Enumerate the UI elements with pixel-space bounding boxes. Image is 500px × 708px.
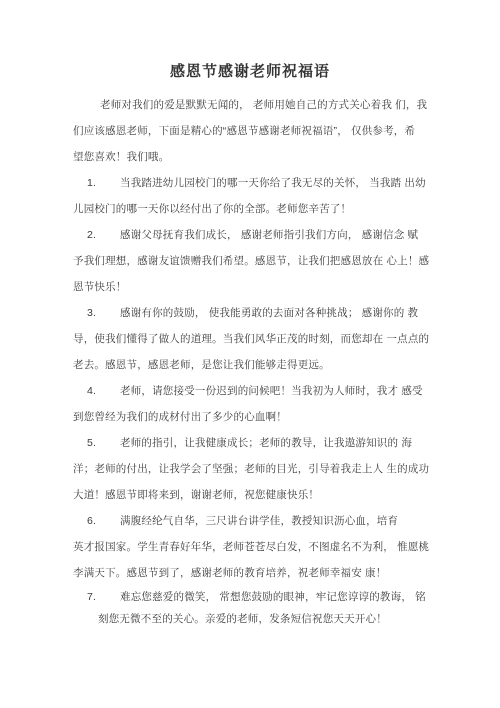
document-page: 感恩节感谢老师祝福语 老师对我们的爱是默默无闻的， 老师用她自己的方式关心着我 … (0, 0, 500, 708)
paragraph: 老师对我们的爱是默默无闻的， 老师用她自己的方式关心着我 们，我们应该感恩老师，… (73, 92, 490, 170)
item-text: 感谢父母抚育我们成长， 感谢老师指引我们方向， 感谢信念 赋 (120, 229, 418, 241)
text-line: 老去。感恩节，感恩老师，是您让我们能够走得更远。 (73, 352, 490, 378)
item-text: 老师的指引，让我健康成长；老师的教导，让我遨游知识的 海 (120, 437, 412, 449)
text-line: 李满天下。感恩节到了，感谢老师的教育培养，祝老师幸福安 康！ (73, 560, 490, 586)
text-line: 5.老师的指引，让我健康成长；老师的教导，让我遨游知识的 海 (73, 430, 490, 456)
text-line: 们应该感恩老师，下面是精心的“感恩节感谢老师祝福语”， 仅供参考，希 (73, 118, 490, 144)
paragraph: 3.感谢有你的鼓励， 使我能勇敢的去面对各种挑战； 感谢你的 教导，使我们懂得了… (73, 300, 490, 378)
item-text: 感谢有你的鼓励， 使我能勇敢的去面对各种挑战； 感谢你的 教 (120, 307, 418, 319)
text-line: 予我们理想，感谢友谊馈赠我们希望。感恩节，让我们把感恩放在 心上！感 (73, 248, 490, 274)
text-line: 大道！感恩节即将来到，谢谢老师，祝您健康快乐！ (73, 482, 490, 508)
text-line: 到您曾经为我们的成材付出了多少的心血啊！ (73, 404, 490, 430)
item-number: 1. (73, 170, 120, 196)
document-body: 老师对我们的爱是默默无闻的， 老师用她自己的方式关心着我 们，我们应该感恩老师，… (0, 92, 500, 630)
item-number: 7. (73, 586, 120, 608)
text-line: 1.当我踏进幼儿园校门的哪一天你给了我无尽的关怀， 当我踏 出幼 (73, 170, 490, 196)
item-number: 3. (73, 300, 120, 326)
item-text: 满腹经纶气自华，三尺讲台讲学佳，教授知识沥心血，培育 (120, 515, 398, 527)
text-line: 望您喜欢！我们哦。 (73, 144, 490, 170)
text-line: 刻您无微不至的关心。亲爱的老师，发条短信祝您天天开心！ (73, 608, 490, 630)
paragraph: 5.老师的指引，让我健康成长；老师的教导，让我遨游知识的 海洋；老师的付出，让我… (73, 430, 490, 508)
paragraph: 4.老师，请您接受一份迟到的问候吧！当我初为人师时，我才 感受到您曾经为我们的成… (73, 378, 490, 430)
text-line: 导，使我们懂得了做人的道理。当我们风华正茂的时刻，而您却在 一点点的 (73, 326, 490, 352)
text-line: 洋；老师的付出，让我学会了坚强；老师的目光，引导着我走上人 生的成功 (73, 456, 490, 482)
item-text: 难忘您慈爱的微笑， 常想您鼓励的眼神，牢记您谆谆的教诲， 铭 (120, 591, 426, 603)
text-line: 3.感谢有你的鼓励， 使我能勇敢的去面对各种挑战； 感谢你的 教 (73, 300, 490, 326)
paragraph: 6.满腹经纶气自华，三尺讲台讲学佳，教授知识沥心血，培育英才报国家。学生青春好年… (73, 508, 490, 586)
item-number: 4. (73, 378, 120, 404)
item-number: 2. (73, 222, 120, 248)
text-line: 英才报国家。学生青春好年华，老师苍苍尽白发，不图虚名不为利， 惟愿桃 (73, 534, 490, 560)
text-line: 恩节快乐！ (73, 274, 490, 300)
item-number: 5. (73, 430, 120, 456)
text-line: 2.感谢父母抚育我们成长， 感谢老师指引我们方向， 感谢信念 赋 (73, 222, 490, 248)
text-line: 7.难忘您慈爱的微笑， 常想您鼓励的眼神，牢记您谆谆的教诲， 铭 (73, 586, 490, 608)
text-line: 4.老师，请您接受一份迟到的问候吧！当我初为人师时，我才 感受 (73, 378, 490, 404)
document-title: 感恩节感谢老师祝福语 (0, 62, 500, 82)
text-line: 儿园校门的哪一天你以经付出了你的全部。老师您辛苦了！ (73, 196, 490, 222)
paragraph: 7.难忘您慈爱的微笑， 常想您鼓励的眼神，牢记您谆谆的教诲， 铭刻您无微不至的关… (73, 586, 490, 630)
item-text: 当我踏进幼儿园校门的哪一天你给了我无尽的关怀， 当我踏 出幼 (120, 177, 426, 189)
text-line: 老师对我们的爱是默默无闻的， 老师用她自己的方式关心着我 们，我 (73, 92, 490, 118)
item-text: 老师，请您接受一份迟到的问候吧！当我初为人师时，我才 感受 (120, 385, 423, 397)
paragraph: 1.当我踏进幼儿园校门的哪一天你给了我无尽的关怀， 当我踏 出幼儿园校门的哪一天… (73, 170, 490, 222)
paragraph: 2.感谢父母抚育我们成长， 感谢老师指引我们方向， 感谢信念 赋予我们理想，感谢… (73, 222, 490, 300)
item-number: 6. (73, 508, 120, 534)
text-line: 6.满腹经纶气自华，三尺讲台讲学佳，教授知识沥心血，培育 (73, 508, 490, 534)
